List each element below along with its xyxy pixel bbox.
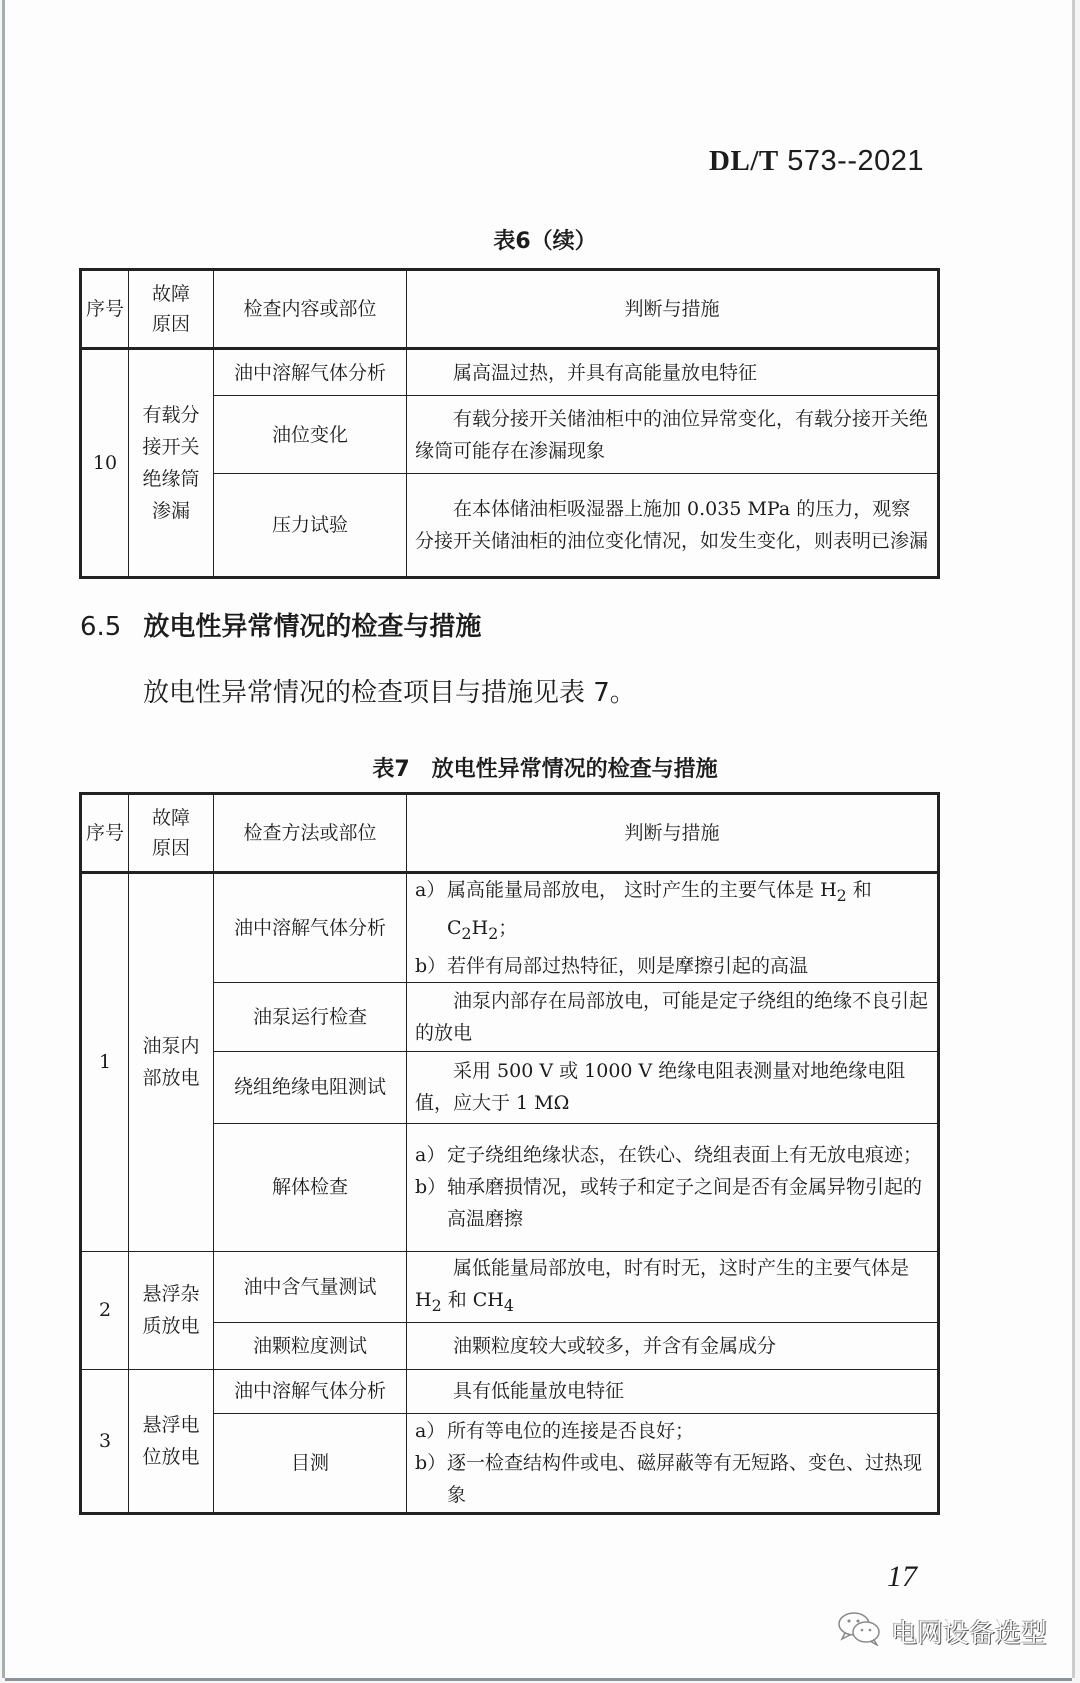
list-text: 所有等电位的连接是否良好； [447, 1420, 694, 1442]
check-judgement: 油颗粒度较大或较多，并含有金属成分 [407, 1322, 939, 1369]
table7-caption: 表7 放电性异常情况的检查与措施 [5, 752, 1080, 783]
row-cause: 有载分接开关绝缘筒渗漏 [129, 349, 214, 578]
col-header-cause: 故障 原因 [129, 794, 214, 873]
list-label: b） [415, 1171, 447, 1203]
cause-header-line1: 故障 [152, 807, 190, 829]
list-label: a） [415, 1415, 447, 1447]
table6: 序号 故障 原因 检查内容或部位 判断与措施 10 有载分接开关绝缘筒渗漏 油中… [79, 268, 940, 579]
check-item: 油位变化 [214, 396, 407, 474]
list-item: b）轴承磨损情况，或转子和定子之间是否有金属异物引起的高温磨擦 [415, 1171, 929, 1235]
col-header-item: 检查内容或部位 [214, 270, 407, 349]
table-row: 2 悬浮杂质放电 油中含气量测试 属低能量局部放电，时有时无，这时产生的主要气体… [81, 1251, 939, 1322]
table-row: 3 悬浮电位放电 油中溶解气体分析 具有低能量放电特征 [81, 1369, 939, 1413]
row-no: 3 [81, 1369, 129, 1513]
row-cause: 悬浮电位放电 [129, 1369, 214, 1513]
check-judgement: 属高温过热，并具有高能量放电特征 [407, 349, 939, 396]
col-header-cause: 故障 原因 [129, 270, 214, 349]
list-item: a）定子绕组绝缘状态，在铁心、绕组表面上有无放电痕迹； [415, 1139, 929, 1171]
check-judgement: a）所有等电位的连接是否良好； b）逐一检查结构件或电、磁屏蔽等有无短路、变色、… [407, 1413, 939, 1513]
wechat-icon [837, 1610, 883, 1653]
watermark-text: 电网设备选型 [891, 1613, 1047, 1650]
list-text: 轴承磨损情况，或转子和定子之间是否有金属异物引起的高温磨擦 [447, 1176, 922, 1230]
list-item: a）所有等电位的连接是否良好； [415, 1415, 929, 1447]
col-header-judgement: 判断与措施 [407, 270, 939, 349]
judgement-list: a）属高能量局部放电， 这时产生的主要气体是 H2 和 C2H2； b）若伴有局… [415, 874, 929, 982]
list-label: a） [415, 874, 447, 906]
standard-code: DL/T 573--2021 [709, 145, 924, 178]
check-judgement: a）定子绕组绝缘状态，在铁心、绕组表面上有无放电痕迹； b）轴承磨损情况，或转子… [407, 1123, 939, 1251]
check-judgement: 具有低能量放电特征 [407, 1369, 939, 1413]
list-label: b） [415, 1447, 447, 1479]
list-text: ； [498, 917, 517, 939]
table6-caption: 表6（续） [5, 224, 1080, 255]
check-judgement: 在本体储油柜吸湿器上施加 0.035 MPa 的压力，观察分接开关储油柜的油位变… [407, 474, 939, 578]
table7: 序号 故障 原因 检查方法或部位 判断与措施 1 油泵内部放电 油中溶解气体分析… [79, 792, 940, 1515]
check-judgement: 有载分接开关储油柜中的油位异常变化，有载分接开关绝缘筒可能存在渗漏现象 [407, 396, 939, 474]
subscript: 2 [837, 886, 847, 905]
check-item: 目测 [214, 1413, 407, 1513]
subscript: 4 [504, 1295, 514, 1314]
list-item: a）属高能量局部放电， 这时产生的主要气体是 H2 和 C2H2； [415, 874, 929, 950]
table7-header-row: 序号 故障 原因 检查方法或部位 判断与措施 [81, 794, 939, 873]
check-item: 压力试验 [214, 474, 407, 578]
section-paragraph: 放电性异常情况的检查项目与措施见表 7。 [143, 672, 636, 709]
list-text: 逐一检查结构件或电、磁屏蔽等有无短路、变色、过热现象 [447, 1452, 922, 1506]
check-item: 油颗粒度测试 [214, 1322, 407, 1369]
list-text: 若伴有局部过热特征，则是摩擦引起的高温 [447, 955, 808, 977]
document-page: DL/T 573--2021 表6（续） 序号 故障 原因 检查内容或部位 判断… [5, 0, 1072, 1678]
table6-header-row: 序号 故障 原因 检查内容或部位 判断与措施 [81, 270, 939, 349]
table-row: 1 油泵内部放电 油中溶解气体分析 a）属高能量局部放电， 这时产生的主要气体是… [81, 873, 939, 983]
check-judgement: 属低能量局部放电，时有时无，这时产生的主要气体是 H2 和 CH4 [407, 1251, 939, 1322]
check-item: 油中含气量测试 [214, 1251, 407, 1322]
row-no: 10 [81, 349, 129, 578]
judgement-list: a）定子绕组绝缘状态，在铁心、绕组表面上有无放电痕迹； b）轴承磨损情况，或转子… [415, 1139, 929, 1235]
check-item: 油中溶解气体分析 [214, 349, 407, 396]
list-item: b）若伴有局部过热特征，则是摩擦引起的高温 [415, 950, 929, 982]
check-item: 绕组绝缘电阻测试 [214, 1051, 407, 1123]
check-judgement: 采用 500 V 或 1000 V 绝缘电阻表测量对地绝缘电阻值，应大于 1 M… [407, 1051, 939, 1123]
standard-prefix: DL/T [709, 145, 779, 177]
list-label: a） [415, 1139, 447, 1171]
check-judgement: a）属高能量局部放电， 这时产生的主要气体是 H2 和 C2H2； b）若伴有局… [407, 873, 939, 983]
list-text: 属高能量局部放电， 这时产生的主要气体是 H [447, 879, 837, 901]
check-item: 油泵运行检查 [214, 982, 407, 1051]
subscript: 2 [462, 924, 472, 943]
col-header-no: 序号 [81, 794, 129, 873]
row-no: 2 [81, 1251, 129, 1369]
subscript: 2 [432, 1295, 442, 1314]
list-item: b）逐一检查结构件或电、磁屏蔽等有无短路、变色、过热现象 [415, 1447, 929, 1511]
check-item: 油中溶解气体分析 [214, 1369, 407, 1413]
watermark: 电网设备选型 [837, 1610, 1047, 1653]
judgement-list: a）所有等电位的连接是否良好； b）逐一检查结构件或电、磁屏蔽等有无短路、变色、… [415, 1415, 929, 1511]
judgement-text: 和 CH [442, 1289, 504, 1311]
col-header-item: 检查方法或部位 [214, 794, 407, 873]
page-number: 17 [887, 1560, 917, 1594]
standard-number: 573--2021 [787, 145, 924, 177]
col-header-no: 序号 [81, 270, 129, 349]
section-title: 放电性异常情况的检查与措施 [143, 612, 481, 642]
check-item: 解体检查 [214, 1123, 407, 1251]
row-cause: 油泵内部放电 [129, 873, 214, 1252]
list-label: b） [415, 950, 447, 982]
row-no: 1 [81, 873, 129, 1252]
list-text: 定子绕组绝缘状态，在铁心、绕组表面上有无放电痕迹； [447, 1144, 922, 1166]
cause-header-line1: 故障 [152, 283, 190, 305]
table-row: 10 有载分接开关绝缘筒渗漏 油中溶解气体分析 属高温过热，并具有高能量放电特征 [81, 349, 939, 396]
row-cause: 悬浮杂质放电 [129, 1251, 214, 1369]
col-header-judgement: 判断与措施 [407, 794, 939, 873]
check-judgement: 油泵内部存在局部放电，可能是定子绕组的绝缘不良引起的放电 [407, 982, 939, 1051]
section-heading: 6.5放电性异常情况的检查与措施 [80, 606, 481, 643]
check-item: 油中溶解气体分析 [214, 873, 407, 983]
cause-header-line2: 原因 [152, 313, 190, 335]
cause-header-line2: 原因 [152, 837, 190, 859]
list-text: H [472, 917, 489, 939]
subscript: 2 [488, 924, 498, 943]
section-number: 6.5 [80, 612, 121, 642]
